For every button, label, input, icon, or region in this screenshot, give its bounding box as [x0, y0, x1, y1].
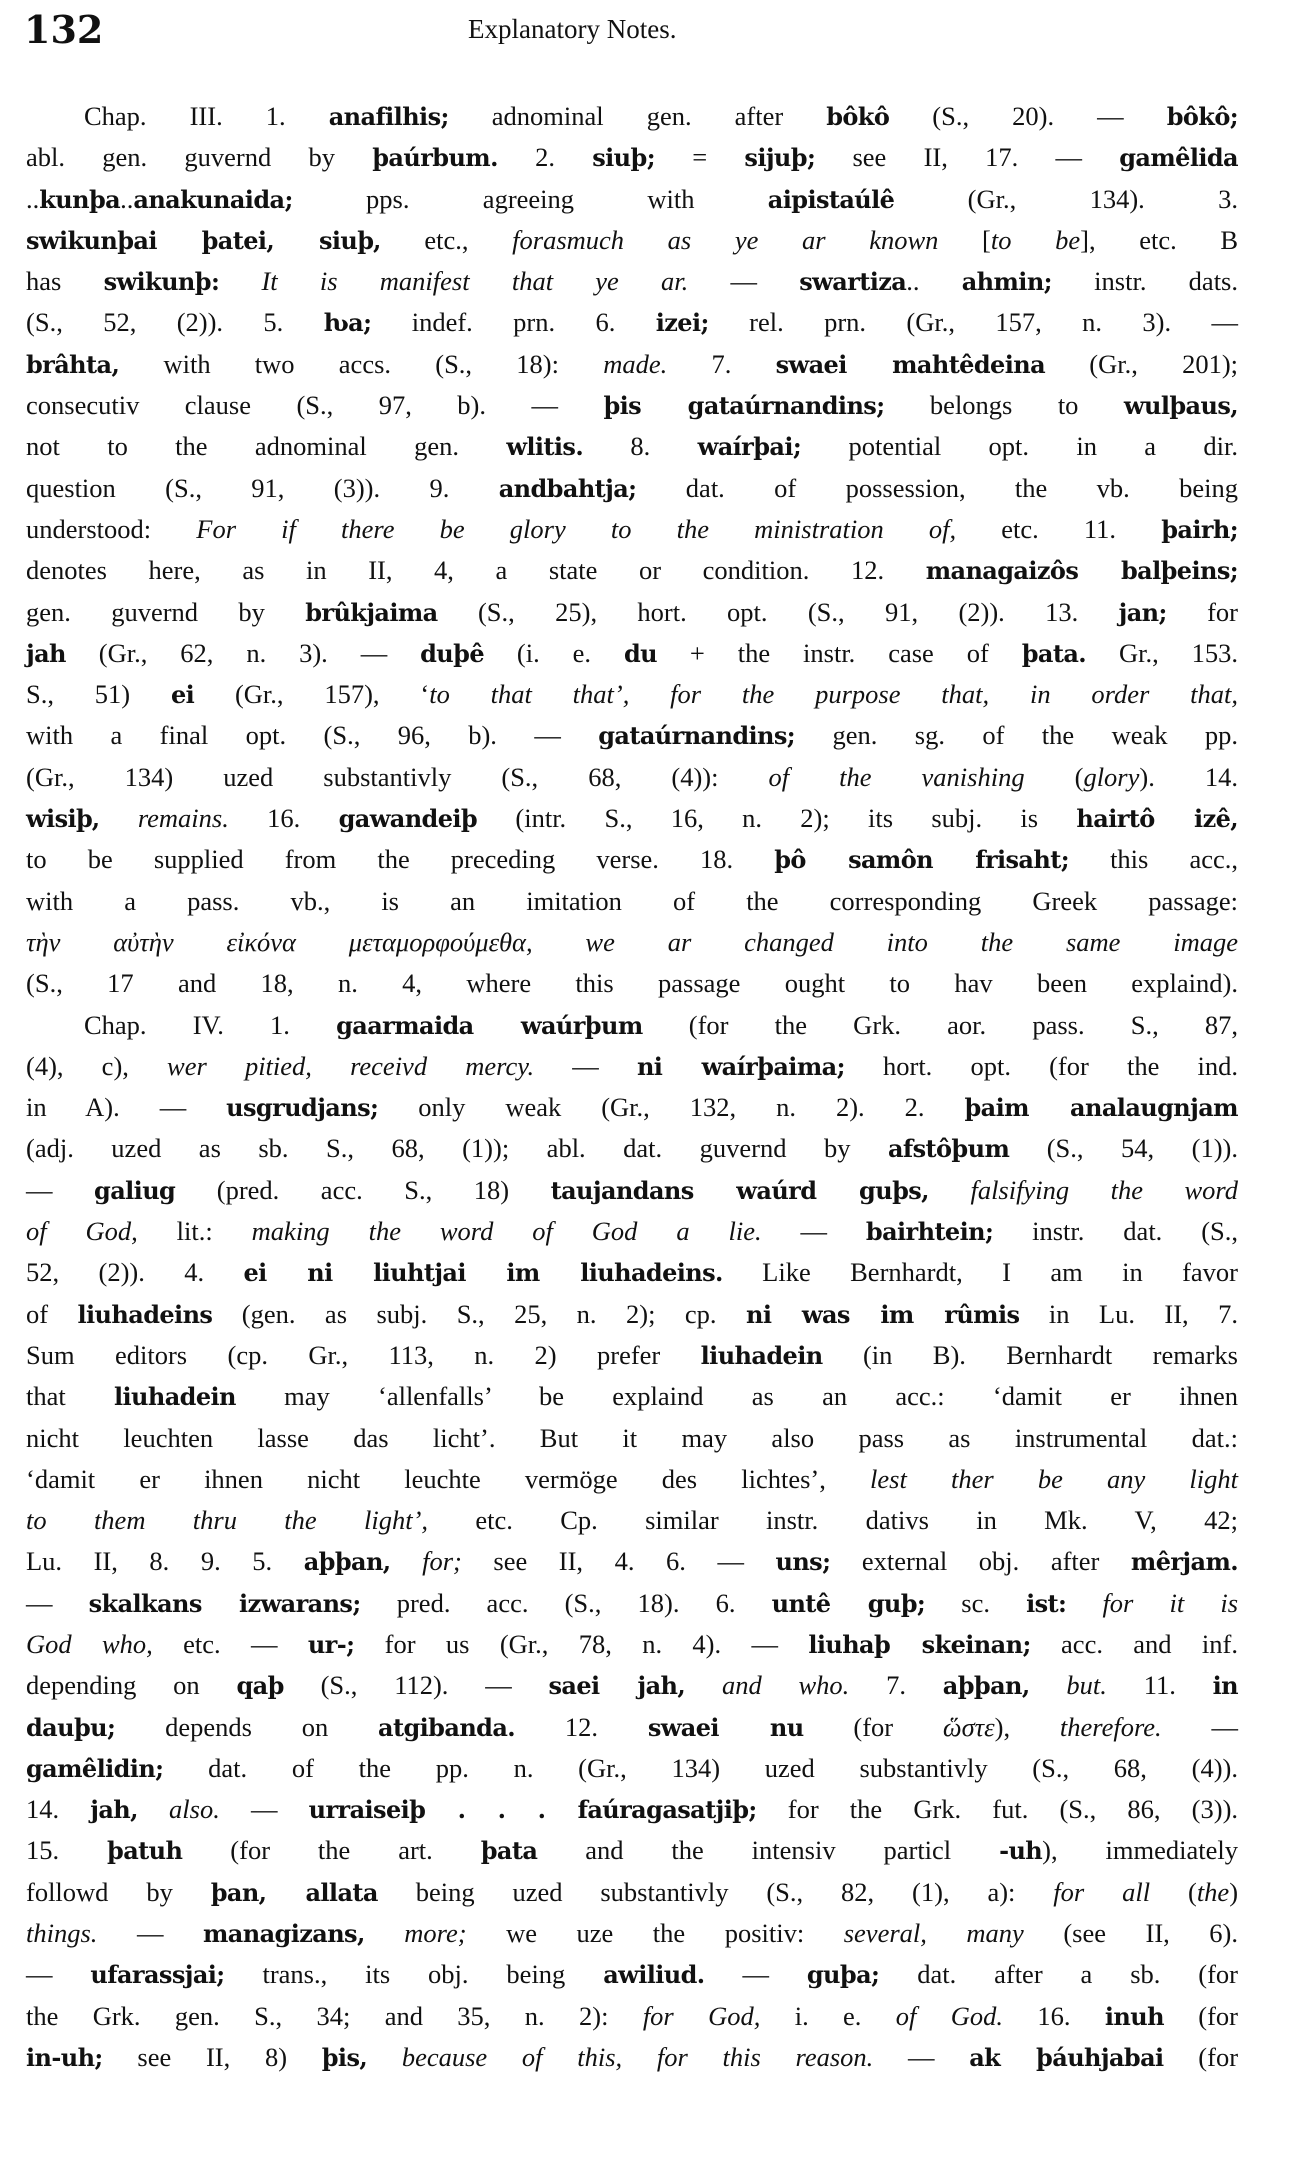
gothic-term: gaarmaida waúrþum: [336, 1011, 643, 1040]
note-text: 16.: [1003, 2001, 1105, 2031]
note-text: etc. 11.: [956, 514, 1161, 544]
gothic-term: brûkjaima: [305, 598, 437, 627]
note-text: of: [26, 1299, 78, 1329]
text-line: S., 51) ei (Gr., 157), ‘to that that’, f…: [26, 674, 1238, 715]
note-text: and the intensiv particl: [537, 1835, 999, 1865]
note-text: [138, 1794, 169, 1824]
note-text: [: [938, 225, 990, 255]
note-text: 12.: [515, 1712, 648, 1742]
gothic-term: anakunaida;: [133, 185, 292, 214]
text-line: Chap. III. 1. anafilhis; adnominal gen. …: [26, 96, 1238, 137]
gothic-term: aipistaúlê: [768, 185, 895, 214]
gothic-term: bairhtein;: [866, 1217, 993, 1246]
note-text: (see II, 6).: [1024, 1918, 1238, 1948]
note-text: [1066, 1588, 1102, 1618]
text-line: understood: For if there be glory to the…: [26, 509, 1238, 550]
gothic-term: kunþa: [39, 185, 120, 214]
note-text: ..: [906, 266, 961, 296]
gothic-term: swaei mahtêdeina: [776, 350, 1045, 379]
text-line: has swikunþ: It is manifest that ye ar. …: [26, 261, 1238, 302]
note-text: ), immediately: [1042, 1835, 1238, 1865]
note-text: see II, 4. 6. —: [462, 1546, 776, 1576]
italic-gloss: lest ther be any light: [870, 1464, 1238, 1494]
gothic-term: liuhadeins: [78, 1300, 213, 1329]
gothic-term: þaim analaugnjam: [965, 1093, 1238, 1122]
note-text: Sum editors (cp. Gr., 113, n. 2) prefer: [26, 1340, 701, 1370]
note-text: (S., 17 and 18, n. 4, where this passage…: [26, 968, 1238, 998]
note-text: the Grk. gen. S., 34; and 35, n. 2):: [26, 2001, 643, 2031]
gothic-term: wisiþ,: [26, 804, 100, 833]
note-text: (Gr., 201);: [1045, 349, 1238, 379]
note-text: rel. prn. (Gr., 157, n. 3). —: [709, 307, 1238, 337]
note-text: —: [1162, 1712, 1238, 1742]
gothic-term: izei;: [656, 308, 709, 337]
note-text: question (S., 91, (3)). 9.: [26, 473, 499, 503]
note-text: ..: [120, 184, 133, 214]
gothic-term: jan;: [1119, 598, 1167, 627]
italic-gloss: for it is: [1102, 1588, 1238, 1618]
gothic-term: swikunþai þatei, siuþ,: [26, 226, 381, 255]
gothic-term: urraiseiþ . . . faúragasatjiþ;: [309, 1795, 757, 1824]
gothic-term: ur-;: [308, 1630, 355, 1659]
note-text: followd by: [26, 1877, 211, 1907]
gothic-term: bôkô: [826, 102, 889, 131]
gothic-term: swikunþ:: [104, 267, 220, 296]
italic-gloss: to that that’, for the purpose that, in …: [429, 679, 1238, 709]
notes-body: Chap. III. 1. anafilhis; adnominal gen. …: [26, 96, 1238, 2078]
note-text: instr. dats.: [1052, 266, 1238, 296]
note-text: to be supplied from the preceding verse.…: [26, 844, 774, 874]
note-text: 2.: [498, 142, 592, 172]
note-text: —: [26, 1175, 94, 1205]
note-text: instr. dat. (S.,: [993, 1216, 1238, 1246]
italic-gloss: for God,: [643, 2001, 761, 2031]
italic-gloss: for;: [422, 1546, 462, 1576]
note-text: 52, (2)). 4.: [26, 1257, 244, 1287]
gothic-term: ist:: [1026, 1589, 1066, 1618]
gothic-term: uns;: [775, 1547, 830, 1576]
text-line: Lu. II, 8. 9. 5. aþþan, for; see II, 4. …: [26, 1541, 1238, 1582]
gothic-term: þata.: [1022, 639, 1086, 668]
text-line: 52, (2)). 4. ei ni liuhtjai im liuhadein…: [26, 1252, 1238, 1293]
text-line: question (S., 91, (3)). 9. andbahtja; da…: [26, 468, 1238, 509]
gothic-term: du: [624, 639, 657, 668]
note-text: —: [873, 2042, 969, 2072]
text-line: denotes here, as in II, 4, a state or co…: [26, 550, 1238, 591]
italic-gloss: of God.: [896, 2001, 1003, 2031]
note-text: 8.: [583, 431, 698, 461]
text-line: not to the adnominal gen. wlitis. 8. waí…: [26, 426, 1238, 467]
note-text: (in B). Bernhardt remarks: [823, 1340, 1238, 1370]
gothic-term: mêrjam.: [1131, 1547, 1238, 1576]
gothic-term: ufarassjai;: [90, 1960, 224, 1989]
text-line: to them thru the light’, etc. Cp. simila…: [26, 1500, 1238, 1541]
note-text: has: [26, 266, 104, 296]
note-text: S., 51): [26, 679, 171, 709]
note-text: [685, 1670, 722, 1700]
note-text: pred. acc. (S., 18). 6.: [361, 1588, 772, 1618]
note-text: with two accs. (S., 18):: [119, 349, 603, 379]
text-line: with a pass. vb., is an imitation of the…: [26, 881, 1238, 922]
note-text: for us (Gr., 78, n. 4). —: [354, 1629, 808, 1659]
gothic-term: þairh;: [1161, 515, 1238, 544]
gothic-term: ƕa;: [324, 308, 372, 337]
text-line: things. — managizans, more; we uze the p…: [26, 1913, 1238, 1954]
note-text: gen. guvernd by: [26, 597, 305, 627]
gothic-term: liuhadein: [701, 1341, 823, 1370]
note-text: etc.,: [381, 225, 512, 255]
gothic-term: taujandans waúrd guþs,: [551, 1176, 929, 1205]
note-text: 7.: [849, 1670, 942, 1700]
note-text: —: [762, 1216, 866, 1246]
text-line: (S., 52, (2)). 5. ƕa; indef. prn. 6. ize…: [26, 302, 1238, 343]
note-text: not to the adnominal gen.: [26, 431, 506, 461]
note-text: only weak (Gr., 132, n. 2). 2.: [378, 1092, 964, 1122]
note-text: + the instr. case of: [657, 638, 1022, 668]
gothic-term: saei jah,: [549, 1671, 686, 1700]
gothic-term: ahmin;: [962, 267, 1052, 296]
note-text: (Gr., 157), ‘: [194, 679, 429, 709]
note-text: etc. Cp. similar instr. dativs in Mk. V,…: [428, 1505, 1238, 1535]
italic-gloss: more;: [404, 1918, 466, 1948]
italic-gloss: because of this, for this reason.: [402, 2042, 873, 2072]
note-text: —: [705, 1959, 807, 1989]
text-line: gen. guvernd by brûkjaima (S., 25), hort…: [26, 592, 1238, 633]
italic-gloss: therefore.: [1060, 1712, 1162, 1742]
note-text: dat. of the pp. n. (Gr., 134) uzed subst…: [163, 1753, 1238, 1783]
note-text: (Gr., 134) uzed substantivly (S., 68, (4…: [26, 762, 768, 792]
italic-gloss: to them thru the light’,: [26, 1505, 428, 1535]
italic-gloss: ὥστε: [943, 1712, 995, 1742]
note-text: for the Grk. fut. (S., 86, (3)).: [757, 1794, 1238, 1824]
text-line: to be supplied from the preceding verse.…: [26, 839, 1238, 880]
note-text: pps. agreeing with: [293, 184, 768, 214]
italic-gloss: several, many: [844, 1918, 1024, 1948]
text-line: gamêlidin; dat. of the pp. n. (Gr., 134)…: [26, 1748, 1238, 1789]
gothic-term: in-uh;: [26, 2043, 103, 2072]
note-text: dat. after a sb. (for: [879, 1959, 1238, 1989]
note-text: (4), c),: [26, 1051, 167, 1081]
gothic-term: ei: [171, 680, 194, 709]
gothic-term: wulþaus,: [1124, 391, 1238, 420]
gothic-term: þan, allata: [211, 1878, 378, 1907]
gothic-term: untê guþ;: [772, 1589, 926, 1618]
note-text: nicht leuchten lasse das licht’. But it …: [26, 1423, 1238, 1453]
gothic-term: gamêlida: [1119, 143, 1238, 172]
italic-gloss: It is manifest that ye ar.: [261, 266, 688, 296]
note-text: see II, 17. —: [815, 142, 1119, 172]
text-line: the Grk. gen. S., 34; and 35, n. 2): for…: [26, 1996, 1238, 2037]
gothic-term: galiug: [94, 1176, 175, 1205]
gothic-term: gamêlidin;: [26, 1754, 163, 1783]
gothic-term: managizans,: [203, 1919, 365, 1948]
italic-gloss: God who,: [26, 1629, 153, 1659]
note-text: hort. opt. (for the ind.: [845, 1051, 1238, 1081]
note-text: we uze the positiv:: [467, 1918, 844, 1948]
note-text: (: [1025, 762, 1084, 792]
gothic-term: wlitis.: [506, 432, 583, 461]
note-text: (Gr., 62, n. 3). —: [66, 638, 420, 668]
note-text: understood:: [26, 514, 196, 544]
gothic-term: inuh: [1105, 2002, 1164, 2031]
gothic-term: þis,: [322, 2043, 367, 2072]
gothic-term: bôkô;: [1167, 102, 1238, 131]
note-text: (for the art.: [182, 1835, 480, 1865]
text-line: in A). — usgrudjans; only weak (Gr., 132…: [26, 1087, 1238, 1128]
text-line: (adj. uzed as sb. S., 68, (1)); abl. dat…: [26, 1128, 1238, 1169]
note-text: —: [26, 1588, 89, 1618]
text-line: that liuhadein may ‘allenfalls’ be expla…: [26, 1376, 1238, 1417]
text-line: 15. þatuh (for the art. þata and the int…: [26, 1830, 1238, 1871]
note-text: Chap. III. 1.: [84, 101, 329, 131]
text-line: of liuhadeins (gen. as subj. S., 25, n. …: [26, 1294, 1238, 1335]
gothic-term: andbahtja;: [499, 474, 637, 503]
gothic-term: jah,: [90, 1795, 138, 1824]
note-text: =: [655, 142, 744, 172]
note-text: see II, 8): [103, 2042, 322, 2072]
gothic-term: aþþan,: [943, 1671, 1030, 1700]
text-line: ..kunþa..anakunaida; pps. agreeing with …: [26, 179, 1238, 220]
italic-gloss: things.: [26, 1918, 97, 1948]
note-text: (S., 112). —: [284, 1670, 549, 1700]
text-line: God who, etc. — ur-; for us (Gr., 78, n.…: [26, 1624, 1238, 1665]
italic-gloss: glory: [1083, 762, 1139, 792]
gothic-term: liuhaþ skeinan;: [808, 1630, 1030, 1659]
note-text: Gr., 153.: [1086, 638, 1238, 668]
note-text: in Lu. II, 7.: [1019, 1299, 1238, 1329]
gothic-term: swartiza: [799, 267, 906, 296]
note-text: —: [220, 1794, 309, 1824]
note-text: —: [534, 1051, 637, 1081]
gothic-term: ak þáuhjabai: [969, 2043, 1163, 2072]
gothic-term: anafilhis;: [329, 102, 449, 131]
note-text: (for: [804, 1712, 943, 1742]
note-text: (S., 25), hort. opt. (S., 91, (2)). 13.: [438, 597, 1119, 627]
italic-gloss: of the vanishing: [768, 762, 1024, 792]
note-text: etc. —: [153, 1629, 308, 1659]
note-text: [1030, 1670, 1067, 1700]
note-text: indef. prn. 6.: [371, 307, 655, 337]
text-line: — galiug (pred. acc. S., 18) taujandans …: [26, 1170, 1238, 1211]
note-text: [533, 927, 586, 957]
note-text: (Gr., 134). 3.: [894, 184, 1238, 214]
italic-gloss: and who.: [722, 1670, 849, 1700]
gothic-term: afstôþum: [888, 1134, 1009, 1163]
italic-gloss: for all: [1053, 1877, 1150, 1907]
italic-gloss: of God,: [26, 1216, 138, 1246]
text-line: depending on qaþ (S., 112). — saei jah, …: [26, 1665, 1238, 1706]
gothic-term: skalkans izwarans;: [89, 1589, 361, 1618]
note-text: (intr. S., 16, n. 2); its subj. is: [477, 803, 1076, 833]
note-text: 15.: [26, 1835, 107, 1865]
note-text: Like Bernhardt, I am in favor: [723, 1257, 1238, 1287]
note-text: (adj. uzed as sb. S., 68, (1)); abl. dat…: [26, 1133, 888, 1163]
gothic-term: duþê: [420, 639, 484, 668]
note-text: may ‘allenfalls’ be explaind as an acc.:…: [236, 1381, 1238, 1411]
text-line: (S., 17 and 18, n. 4, where this passage…: [26, 963, 1238, 1004]
gothic-term: sijuþ;: [744, 143, 815, 172]
gothic-term: liuhadein: [114, 1382, 236, 1411]
note-text: Lu. II, 8. 9. 5.: [26, 1546, 304, 1576]
text-line: — skalkans izwarans; pred. acc. (S., 18)…: [26, 1583, 1238, 1624]
gothic-term: waírþai;: [698, 432, 801, 461]
text-line: in-uh; see II, 8) þis, because of this, …: [26, 2037, 1238, 2078]
gothic-term: usgrudjans;: [226, 1093, 378, 1122]
note-text: being uzed substantivly (S., 82, (1), a)…: [378, 1877, 1053, 1907]
italic-gloss: falsifying the word: [970, 1175, 1238, 1205]
note-text: (: [1150, 1877, 1197, 1907]
gothic-term: ni was im rûmis: [746, 1300, 1019, 1329]
text-line: (4), c), wer pitied, receivd mercy. — ni…: [26, 1046, 1238, 1087]
gothic-term: þis gataúrnandins;: [603, 391, 884, 420]
italic-gloss: the: [1197, 1877, 1229, 1907]
gothic-term: þô samôn frisaht;: [774, 845, 1069, 874]
note-text: belongs to: [884, 390, 1123, 420]
note-text: 7.: [667, 349, 775, 379]
note-text: ], etc. B: [1080, 225, 1238, 255]
gothic-term: swaei nu: [648, 1713, 804, 1742]
note-text: 16.: [229, 803, 339, 833]
note-text: depending on: [26, 1670, 236, 1700]
text-line: consecutiv clause (S., 97, b). — þis gat…: [26, 385, 1238, 426]
text-line: wisiþ, remains. 16. gawandeiþ (intr. S.,…: [26, 798, 1238, 839]
note-text: [367, 2042, 402, 2072]
note-text: ..: [26, 184, 39, 214]
text-line: followd by þan, allata being uzed substa…: [26, 1872, 1238, 1913]
text-line: 14. jah, also. — urraiseiþ . . . faúraga…: [26, 1789, 1238, 1830]
note-text: Chap. IV. 1.: [84, 1010, 336, 1040]
text-line: Sum editors (cp. Gr., 113, n. 2) prefer …: [26, 1335, 1238, 1376]
note-text: 11.: [1107, 1670, 1213, 1700]
italic-gloss: forasmuch as ye ar known: [512, 225, 938, 255]
italic-gloss: also.: [169, 1794, 220, 1824]
note-text: (i. e.: [484, 638, 624, 668]
gothic-term: aþþan,: [304, 1547, 391, 1576]
gothic-term: dauþu;: [26, 1713, 115, 1742]
note-text: acc. and inf.: [1031, 1629, 1238, 1659]
note-text: [100, 803, 138, 833]
note-text: in A). —: [26, 1092, 226, 1122]
italic-gloss: we ar changed into the same image: [585, 927, 1238, 957]
text-line: (Gr., 134) uzed substantivly (S., 68, (4…: [26, 757, 1238, 798]
note-text: (S., 20). —: [889, 101, 1166, 131]
note-text: adnominal gen. after: [449, 101, 826, 131]
note-text: ): [1229, 1877, 1238, 1907]
text-line: — ufarassjai; trans., its obj. being awi…: [26, 1954, 1238, 1995]
note-text: —: [97, 1918, 203, 1948]
note-text: ‘damit er ihnen nicht leuchte vermöge de…: [26, 1464, 870, 1494]
gothic-term: ei ni liuhtjai im liuhadeins.: [244, 1258, 723, 1287]
note-text: sc.: [925, 1588, 1026, 1618]
note-text: [929, 1175, 971, 1205]
italic-gloss: τὴν αὐτὴν εἰκόνα μεταμορφούμεθα,: [26, 927, 533, 957]
gothic-term: siuþ;: [592, 143, 655, 172]
gothic-term: managaizôs balþeins;: [926, 556, 1238, 585]
text-line: jah (Gr., 62, n. 3). — duþê (i. e. du + …: [26, 633, 1238, 674]
gothic-term: þatuh: [107, 1836, 182, 1865]
gothic-term: -uh: [999, 1836, 1042, 1865]
note-text: gen. sg. of the weak pp.: [795, 720, 1238, 750]
note-text: depends on: [115, 1712, 378, 1742]
note-text: for: [1167, 597, 1238, 627]
gothic-term: guþa;: [807, 1960, 879, 1989]
gothic-term: qaþ: [236, 1671, 283, 1700]
note-text: [365, 1918, 405, 1948]
note-text: [391, 1546, 423, 1576]
note-text: external obj. after: [830, 1546, 1131, 1576]
gothic-term: þata: [481, 1836, 538, 1865]
note-text: denotes here, as in II, 4, a state or co…: [26, 555, 926, 585]
gothic-term: atgibanda.: [378, 1713, 515, 1742]
running-head: Explanatory Notes.: [468, 12, 788, 46]
italic-gloss: wer pitied, receivd mercy.: [167, 1051, 534, 1081]
text-line: nicht leuchten lasse das licht’. But it …: [26, 1418, 1238, 1459]
note-text: (S., 54, (1)).: [1009, 1133, 1238, 1163]
gothic-term: hairtô izê,: [1076, 804, 1238, 833]
italic-gloss: made.: [603, 349, 667, 379]
note-text: (for: [1164, 2001, 1238, 2031]
italic-gloss: but.: [1066, 1670, 1107, 1700]
text-line: dauþu; depends on atgibanda. 12. swaei n…: [26, 1707, 1238, 1748]
note-text: that: [26, 1381, 114, 1411]
gothic-term: ni waírþaima;: [637, 1052, 845, 1081]
note-text: consecutiv clause (S., 97, b). —: [26, 390, 603, 420]
note-text: dat. of possession, the vb. being: [636, 473, 1238, 503]
italic-gloss: For if there be glory to the ministratio…: [196, 514, 956, 544]
gothic-term: awiliud.: [603, 1960, 704, 1989]
note-text: (gen. as subj. S., 25, n. 2); cp.: [212, 1299, 746, 1329]
gothic-term: gawandeiþ: [339, 804, 478, 833]
note-text: with a pass. vb., is an imitation of the…: [26, 886, 1238, 916]
note-text: lit.:: [138, 1216, 252, 1246]
text-line: of God, lit.: making the word of God a l…: [26, 1211, 1238, 1252]
note-text: with a final opt. (S., 96, b). —: [26, 720, 598, 750]
text-line: with a final opt. (S., 96, b). — gataúrn…: [26, 715, 1238, 756]
text-line: abl. gen. guvernd by þaúrbum. 2. siuþ; =…: [26, 137, 1238, 178]
page-number: 132: [24, 8, 103, 52]
note-text: (pred. acc. S., 18): [175, 1175, 550, 1205]
italic-gloss: remains.: [138, 803, 229, 833]
gothic-term: gataúrnandins;: [598, 721, 795, 750]
note-text: [219, 266, 261, 296]
gothic-term: jah: [26, 639, 66, 668]
note-text: (for the Grk. aor. pass. S., 87,: [643, 1010, 1238, 1040]
note-text: (for: [1164, 2042, 1238, 2072]
note-text: trans., its obj. being: [225, 1959, 604, 1989]
note-text: ),: [995, 1712, 1060, 1742]
note-text: this acc.,: [1069, 844, 1238, 874]
gothic-term: þaúrbum.: [372, 143, 498, 172]
note-text: potential opt. in a dir.: [801, 431, 1238, 461]
note-text: abl. gen. guvernd by: [26, 142, 372, 172]
text-line: brâhta, with two accs. (S., 18): made. 7…: [26, 344, 1238, 385]
text-line: swikunþai þatei, siuþ, etc., forasmuch a…: [26, 220, 1238, 261]
italic-gloss: to be: [991, 225, 1080, 255]
note-text: —: [688, 266, 799, 296]
text-line: τὴν αὐτὴν εἰκόνα μεταμορφούμεθα, we ar c…: [26, 922, 1238, 963]
note-text: (S., 52, (2)). 5.: [26, 307, 324, 337]
note-text: 14.: [26, 1794, 90, 1824]
gothic-term: in: [1213, 1671, 1238, 1700]
text-line: Chap. IV. 1. gaarmaida waúrþum (for the …: [26, 1005, 1238, 1046]
note-text: ). 14.: [1139, 762, 1238, 792]
italic-gloss: making the word of God a lie.: [252, 1216, 762, 1246]
note-text: —: [26, 1959, 90, 1989]
text-line: ‘damit er ihnen nicht leuchte vermöge de…: [26, 1459, 1238, 1500]
note-text: i. e.: [760, 2001, 895, 2031]
gothic-term: brâhta,: [26, 350, 119, 379]
